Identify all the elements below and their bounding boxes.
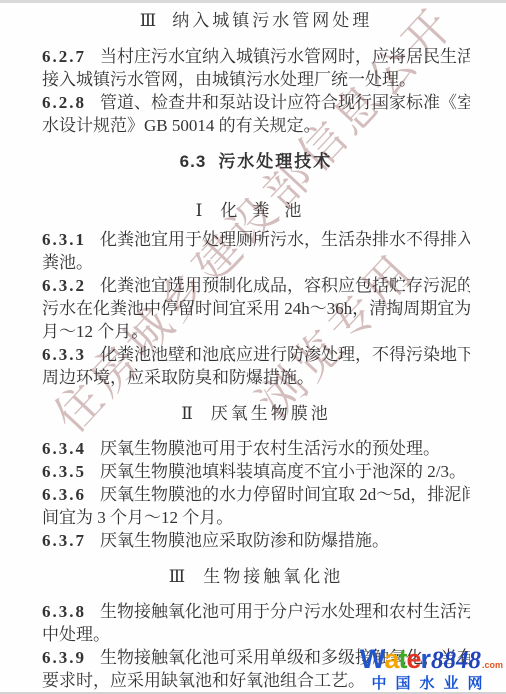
clause-text: 厌氧生物膜池的水力停留时间宜取 2d～5d，排泥间隔时	[100, 485, 470, 504]
clause-6-2-7-line-1: 6.2.7当村庄污水宜纳入城镇污水管网时，应将居民生活污水	[42, 45, 470, 68]
clause-6-3-1-line-2: 粪池。	[42, 251, 470, 274]
clause-group-6-2: 6.2.7当村庄污水宜纳入城镇污水管网时，应将居民生活污水 接入城镇污水管网，由…	[42, 45, 470, 137]
clause-number: 6.3.7	[42, 531, 86, 550]
clause-6-2-7-line-2: 接入城镇污水管网，由城镇污水处理厂统一处理。	[42, 68, 470, 91]
clause-6-3-4-line-1: 6.3.4厌氧生物膜池可用于农村生活污水的预处理。	[42, 437, 470, 460]
section-heading-title: 污水处理技术	[218, 152, 332, 171]
clause-number: 6.3.3	[42, 345, 86, 364]
logo-letter-a: a	[384, 646, 398, 673]
clause-number: 6.3.8	[42, 602, 86, 621]
clause-number: 6.3.1	[42, 230, 86, 249]
clause-6-2-8-line-2: 水设计规范》GB 50014 的有关规定。	[42, 114, 470, 137]
sub-heading-numeral: Ⅱ	[181, 404, 193, 423]
sub-heading-septic-tank: Ⅰ化粪池	[42, 199, 470, 222]
clause-6-3-2-line-1: 6.3.2化粪池宜选用预制化成品，容积应包括贮存污泥的容积。	[42, 274, 470, 297]
clause-text: 厌氧生物膜池填料装填高度不宜小于池深的 2/3。	[100, 462, 466, 481]
part-heading-title: 纳入城镇污水管网处理	[172, 11, 372, 30]
part-heading-sewer-network: Ⅲ纳入城镇污水管网处理	[42, 9, 470, 32]
water8848-logo-wordmark: Water8848.com	[360, 646, 503, 673]
sub-heading-anaerobic-biofilm: Ⅱ厌氧生物膜池	[42, 402, 470, 425]
sub-heading-title: 化粪池	[220, 201, 316, 220]
clause-text: 管道、检查井和泵站设计应符合现行国家标准《室外排	[100, 93, 470, 112]
clause-6-3-8-line-1: 6.3.8生物接触氧化池可用于分户污水处理和农村生活污水集	[42, 600, 470, 623]
clause-number: 6.3.9	[42, 648, 86, 667]
logo-letter-e: e	[406, 646, 420, 673]
clause-text: 化粪池池壁和池底应进行防渗处理，不得污染地下水和	[100, 345, 470, 364]
clause-6-3-3-line-1: 6.3.3化粪池池壁和池底应进行防渗处理，不得污染地下水和	[42, 343, 470, 366]
section-heading-number: 6.3	[180, 152, 207, 171]
sub-heading-numeral: Ⅲ	[169, 567, 185, 586]
clause-6-2-8-line-1: 6.2.8管道、检查井和泵站设计应符合现行国家标准《室外排	[42, 91, 470, 114]
clause-6-3-5-line-1: 6.3.5厌氧生物膜池填料装填高度不宜小于池深的 2/3。	[42, 460, 470, 483]
clause-text: 化粪池宜用于处理厕所污水，生活杂排水不得排入化	[100, 230, 470, 249]
clause-6-3-6-line-2: 间宜为 3 个月～12 个月。	[42, 506, 470, 529]
clause-6-3-1-line-1: 6.3.1化粪池宜用于处理厕所污水，生活杂排水不得排入化	[42, 228, 470, 251]
water8848-logo: Water8848.com 中国水业网	[360, 646, 503, 691]
document-page: 住房城乡建设部信息公开 浏览专用 Ⅲ纳入城镇污水管网处理 6.2.7当村庄污水宜…	[0, 0, 506, 694]
clause-6-3-3-line-2: 周边环境，应采取防臭和防爆措施。	[42, 366, 470, 389]
clause-number: 6.3.2	[42, 276, 86, 295]
logo-letter-r: r	[420, 646, 430, 673]
sub-heading-numeral: Ⅰ	[196, 201, 203, 220]
document-content: Ⅲ纳入城镇污水管网处理 6.2.7当村庄污水宜纳入城镇污水管网时，应将居民生活污…	[42, 0, 470, 692]
clause-number: 6.3.5	[42, 462, 86, 481]
logo-chinese-name: 中国水业网	[360, 676, 503, 691]
logo-letter-t: t	[398, 646, 406, 673]
sub-heading-title: 厌氧生物膜池	[211, 404, 331, 423]
clause-6-3-6-line-1: 6.3.6厌氧生物膜池的水力停留时间宜取 2d～5d，排泥间隔时	[42, 483, 470, 506]
clause-6-3-7-line-1: 6.3.7厌氧生物膜池应采取防渗和防爆措施。	[42, 529, 470, 552]
section-heading-6-3: 6.3污水处理技术	[42, 150, 470, 173]
clause-text: 厌氧生物膜池应采取防渗和防爆措施。	[100, 531, 389, 550]
clause-text: 化粪池宜选用预制化成品，容积应包括贮存污泥的容积。	[100, 276, 470, 295]
sub-heading-biological-contact-oxidation: Ⅲ生物接触氧化池	[42, 565, 470, 588]
logo-tld-com: .com	[482, 661, 503, 670]
clause-number: 6.2.8	[42, 93, 86, 112]
clause-group-septic: 6.3.1化粪池宜用于处理厕所污水，生活杂排水不得排入化 粪池。 6.3.2化粪…	[42, 228, 470, 389]
clause-text: 厌氧生物膜池可用于农村生活污水的预处理。	[100, 439, 440, 458]
sub-heading-title: 生物接触氧化池	[203, 567, 343, 586]
clause-6-3-2-line-2: 污水在化粪池中停留时间宜采用 24h～36h，清掏周期宜为 3 个	[42, 297, 470, 320]
clause-group-anaerobic: 6.3.4厌氧生物膜池可用于农村生活污水的预处理。 6.3.5厌氧生物膜池填料装…	[42, 437, 470, 552]
clause-6-3-2-line-3: 月～12 个月。	[42, 320, 470, 343]
logo-number-8848: 8848	[431, 648, 481, 673]
clause-text: 生物接触氧化池可用于分户污水处理和农村生活污水集	[100, 602, 470, 621]
clause-number: 6.3.4	[42, 439, 86, 458]
clause-6-3-8-line-2: 中处理。	[42, 623, 470, 646]
clause-number: 6.3.6	[42, 485, 86, 504]
logo-letter-w: W	[360, 646, 384, 673]
part-heading-numeral: Ⅲ	[140, 11, 156, 30]
clause-number: 6.2.7	[42, 47, 86, 66]
clause-text: 当村庄污水宜纳入城镇污水管网时，应将居民生活污水	[100, 47, 470, 66]
